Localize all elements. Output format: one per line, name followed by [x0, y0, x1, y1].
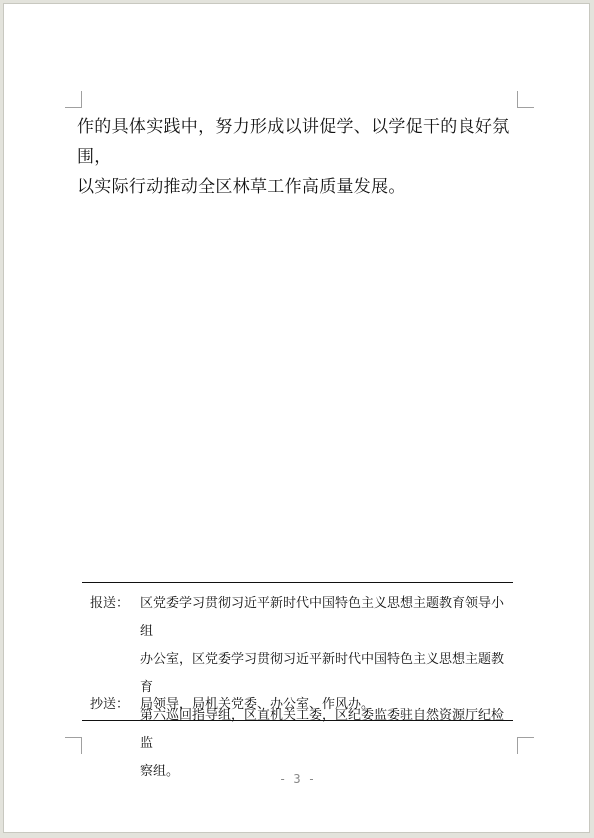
copy-to-label: 抄送： [90, 691, 140, 719]
page-number: - 3 - [0, 772, 594, 786]
copy-to-block: 抄送：局领导，局机关党委、办公室、作风办。 [90, 691, 374, 719]
body-line: 作的具体实践中，努力形成以讲促学、以学促干的良好氛围， [77, 112, 527, 172]
distribution-bottom-rule [82, 720, 513, 721]
report-to-label: 报送： [90, 590, 140, 618]
margin-corner-mark-top-right [517, 91, 534, 108]
report-to-line: 区党委学习贯彻习近平新时代中国特色主义思想主题教育领导小组 [140, 590, 515, 646]
report-to-block: 报送： 区党委学习贯彻习近平新时代中国特色主义思想主题教育领导小组 办公室，区党… [90, 590, 515, 618]
margin-corner-mark-bottom-right [517, 737, 534, 754]
body-paragraph: 作的具体实践中，努力形成以讲促学、以学促干的良好氛围， 以实际行动推动全区林草工… [77, 112, 527, 202]
margin-corner-mark-top-left [65, 91, 82, 108]
margin-corner-mark-bottom-left [65, 737, 82, 754]
copy-to-text: 局领导，局机关党委、办公室、作风办。 [140, 697, 374, 712]
body-line: 以实际行动推动全区林草工作高质量发展。 [77, 172, 527, 202]
distribution-top-rule [82, 582, 513, 583]
